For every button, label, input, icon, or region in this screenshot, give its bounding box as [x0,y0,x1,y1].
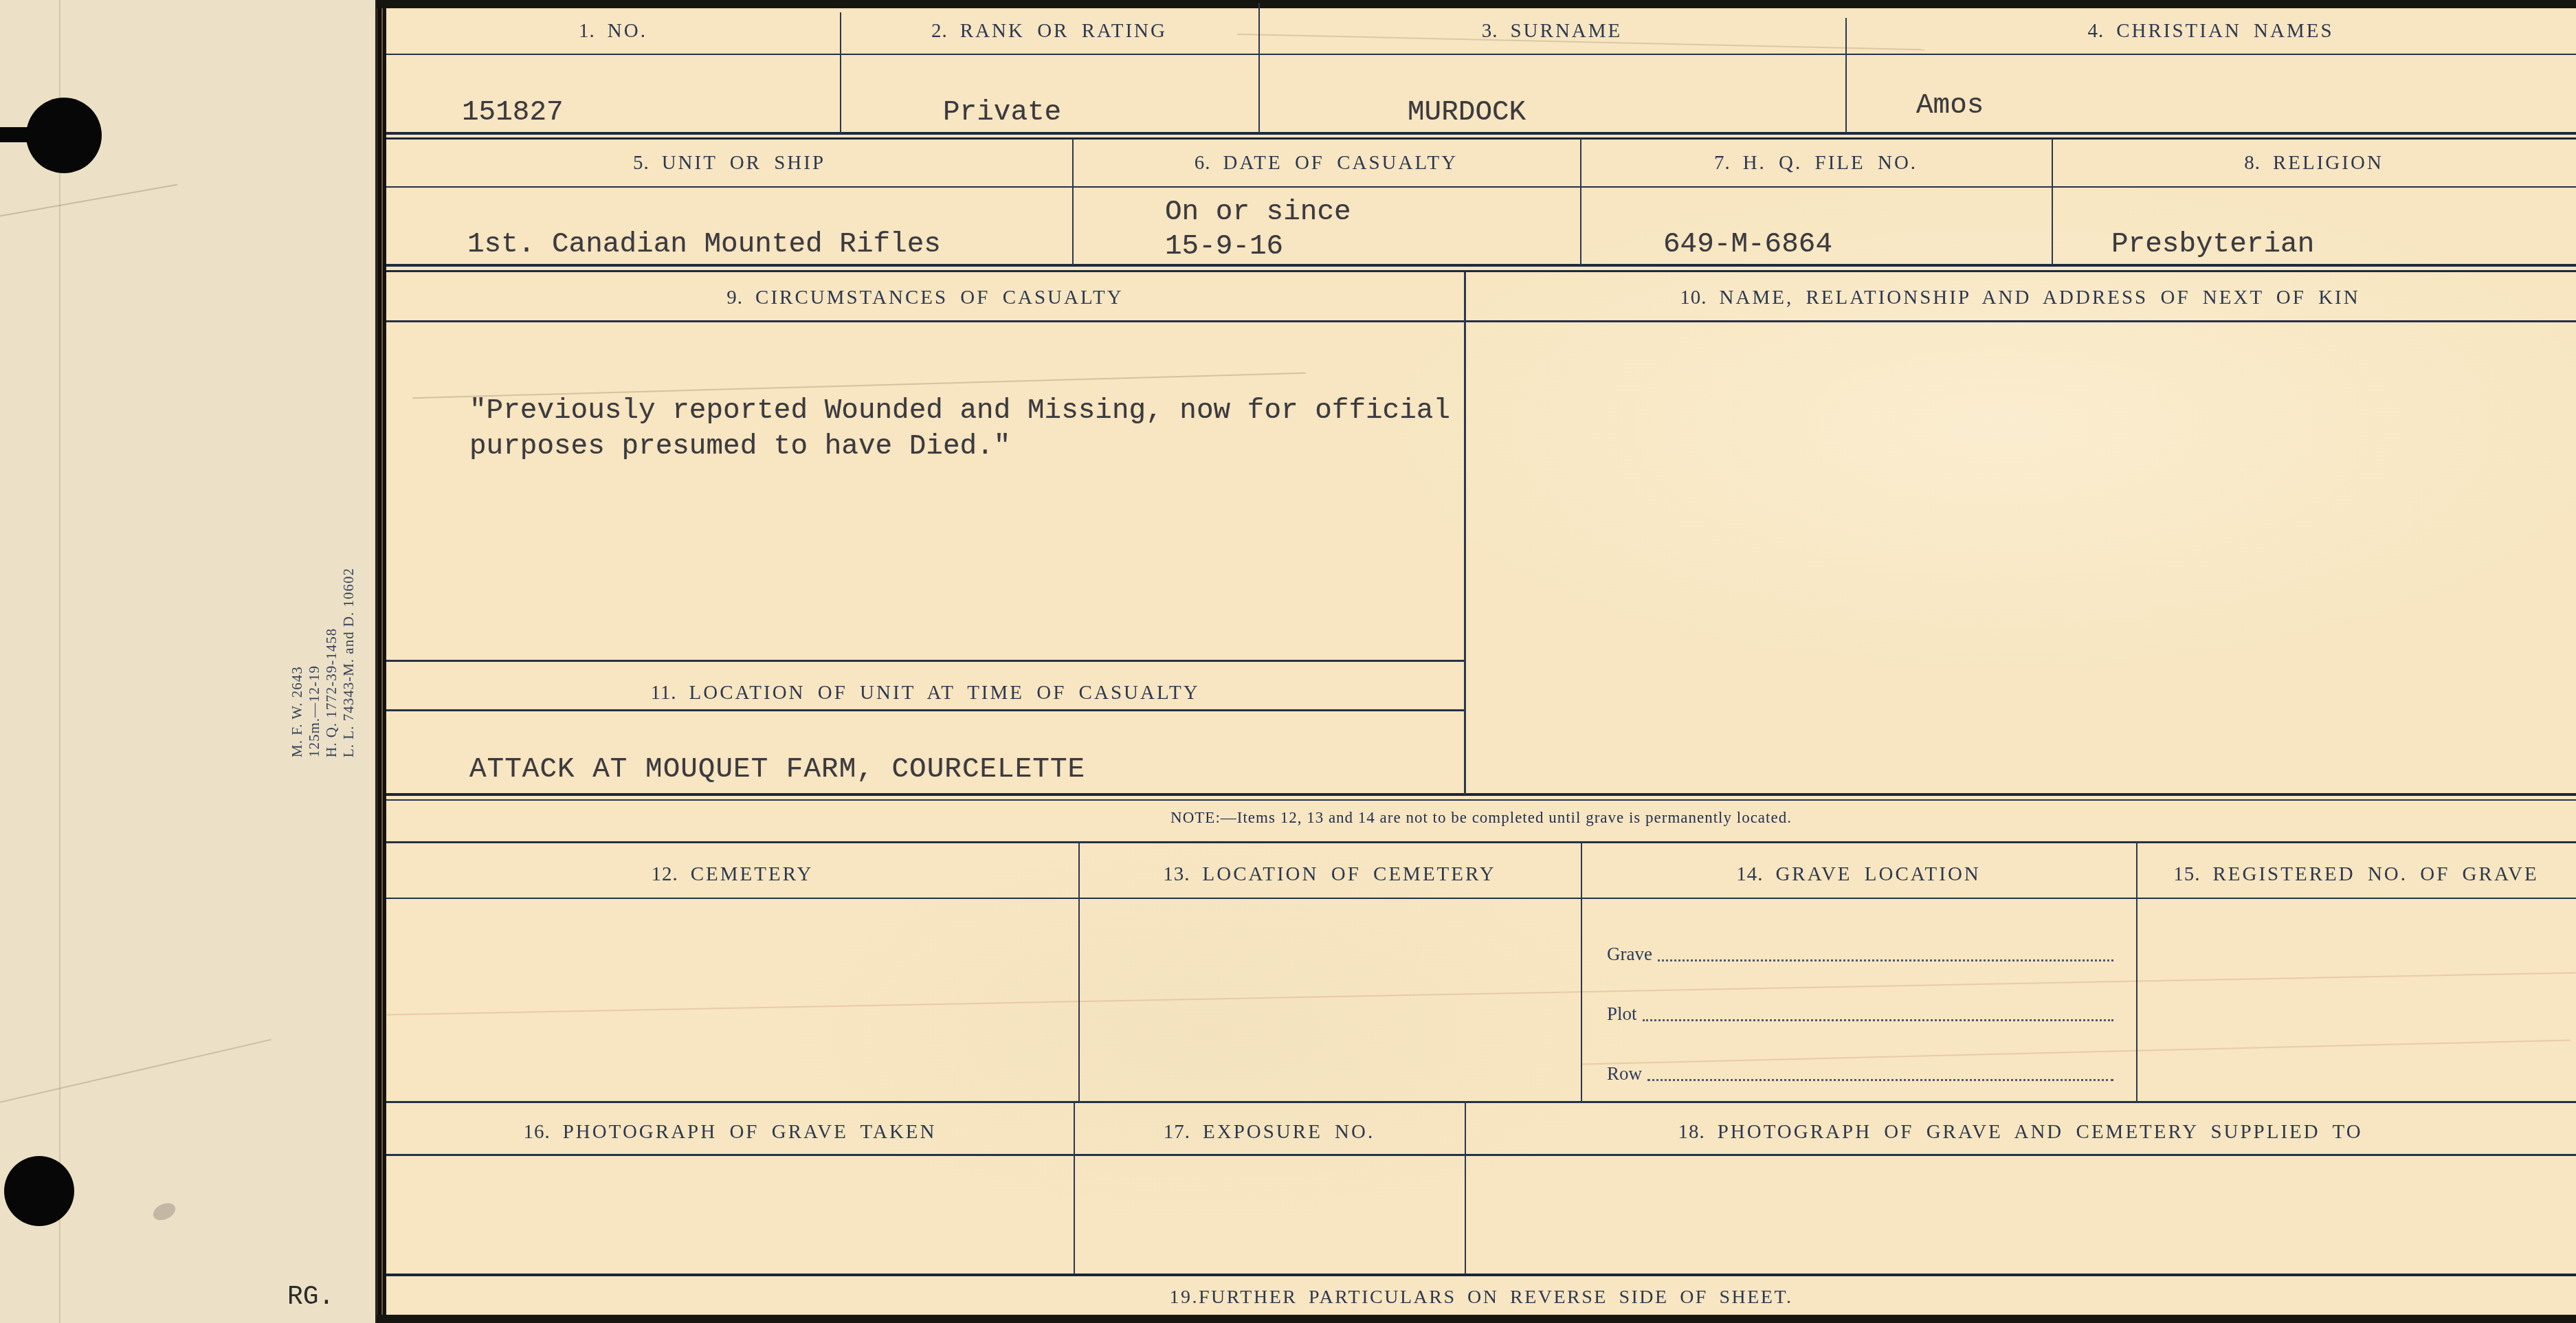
field-christian-header: 4.CHRISTIAN NAMES [1845,21,2576,41]
field-rank-header: 2.RANK OR RATING [840,21,1258,41]
field-unit-number: 5. [633,152,649,174]
rule [386,132,2576,135]
field-no-value: 151827 [462,96,564,130]
field-surname-number: 3. [1482,20,1498,42]
field-no-header: 1.NO. [386,21,840,41]
rule [386,1154,2576,1156]
field-date-header: 6.DATE OF CASUALTY [1072,153,1580,173]
casualty-record-sheet: 1.NO. 2.RANK OR RATING 3.SURNAME 4.CHRIS… [0,0,2576,1323]
field-circumstances-label: CIRCUMSTANCES OF CASUALTY [755,287,1124,309]
field-date-value: On or since 15-9-16 [1165,195,1351,264]
field-location-value: ATTACK AT MOUQUET FARM, COURCELETTE [469,753,1085,787]
field-location-header: 11.LOCATION OF UNIT AT TIME OF CASUALTY [386,683,1464,703]
rg-annotation: RG. [287,1282,334,1312]
field-photo-supplied-header: 18.PHOTOGRAPH OF GRAVE AND CEMETERY SUPP… [1465,1122,2576,1142]
field-next-of-kin-header: 10.NAME, RELATIONSHIP AND ADDRESS OF NEX… [1464,288,2576,308]
field-grave-location-header: 14.GRAVE LOCATION [1581,865,2136,885]
punch-hole-top-tear [0,127,38,142]
note-text: NOTE:—Items 12, 13 and 14 are not to be … [386,810,2576,825]
field-cemetery-location-number: 13. [1163,863,1190,885]
field-photo-taken-header: 16.PHOTOGRAPH OF GRAVE TAKEN [386,1122,1074,1142]
field-religion-number: 8. [2244,152,2261,174]
field-hq-file-label: H. Q. FILE NO. [1743,152,1918,174]
field-surname-value: MURDOCK [1408,96,1526,130]
scan-edge-top [377,0,2576,8]
plot-entry-line: Plot [1607,1000,2113,1023]
scan-edge-bottom [377,1315,2576,1323]
grave-entry-line: Grave [1607,940,2113,964]
row-entry-line: Row [1607,1060,2113,1083]
rule [386,264,2576,267]
field-grave-location-number: 14. [1736,863,1763,885]
field-unit-label: UNIT OR SHIP [662,152,825,174]
field-grave-location-label: GRAVE LOCATION [1775,863,1980,885]
further-particulars-label: FURTHER PARTICULARS ON REVERSE SIDE OF S… [1199,1287,1792,1308]
rule [386,1101,2576,1103]
field-no-number: 1. [579,20,595,42]
dotted-leader [1658,959,2113,961]
field-cemetery-header: 12.CEMETERY [386,865,1078,885]
field-photo-supplied-label: PHOTOGRAPH OF GRAVE AND CEMETERY SUPPLIE… [1718,1121,2363,1143]
card-left-rule [375,0,386,1323]
rule [386,660,1464,662]
field-cemetery-location-label: LOCATION OF CEMETERY [1203,863,1496,885]
further-particulars-line: 19.FURTHER PARTICULARS ON REVERSE SIDE O… [386,1288,2576,1307]
field-cemetery-label: CEMETERY [691,863,814,885]
field-religion-value: Presbyterian [2111,228,2314,262]
field-circumstances-header: 9.CIRCUMSTANCES OF CASUALTY [386,288,1464,308]
field-date-number: 6. [1195,152,1211,174]
form-code-stamp: M. F. W. 2643 125m.—12-19 H. Q. 1772-39-… [289,568,357,757]
rule [386,898,2576,899]
rule [386,793,2576,796]
rule [386,270,2576,272]
field-location-number: 11. [650,682,676,704]
field-christian-value: Amos [1916,89,1984,123]
field-registered-no-label: REGISTERED NO. OF GRAVE [2212,863,2538,885]
form-code-line: 125m.—12-19 [306,568,323,757]
field-circumstances-number: 9. [726,287,743,309]
field-hq-file-header: 7.H. Q. FILE NO. [1580,153,2052,173]
grave-label: Grave [1607,945,1652,964]
field-unit-value: 1st. Canadian Mounted Rifles [467,228,941,262]
field-registered-no-number: 15. [2173,863,2200,885]
field-exposure-number: 17. [1164,1121,1190,1143]
field-next-of-kin-number: 10. [1680,287,1707,309]
field-religion-header: 8.RELIGION [2052,153,2576,173]
further-particulars-number: 19. [1170,1287,1199,1308]
field-no-label: NO. [608,20,647,42]
field-exposure-header: 17.EXPOSURE NO. [1074,1122,1465,1142]
punch-hole-bottom [4,1156,74,1226]
rule [1464,272,1466,794]
form-code-line: L. L. 74343-M. and D. 10602 [340,568,357,757]
rule [386,1274,2576,1276]
field-unit-header: 5.UNIT OR SHIP [386,153,1072,173]
field-rank-label: RANK OR RATING [960,20,1167,42]
rule [386,841,2576,843]
field-hq-file-number: 7. [1714,152,1731,174]
plot-label: Plot [1607,1005,1637,1023]
field-cemetery-number: 12. [652,863,678,885]
field-cemetery-location-header: 13.LOCATION OF CEMETERY [1078,865,1581,885]
field-rank-value: Private [943,96,1061,130]
field-registered-no-header: 15.REGISTERED NO. OF GRAVE [2136,865,2576,885]
field-christian-number: 4. [2087,20,2104,42]
field-circumstances-value: "Previously reported Wounded and Missing… [469,393,1450,465]
field-surname-header: 3.SURNAME [1258,21,1845,41]
rule [386,799,2576,801]
dotted-leader [1647,1079,2113,1081]
field-religion-label: RELIGION [2273,152,2384,174]
dotted-leader [1643,1019,2113,1021]
rule [386,709,1464,711]
field-next-of-kin-label: NAME, RELATIONSHIP AND ADDRESS OF NEXT O… [1720,287,2360,309]
row-label: Row [1607,1065,1642,1083]
rule [386,186,2576,188]
field-location-label: LOCATION OF UNIT AT TIME OF CASUALTY [689,682,1200,704]
field-photo-taken-number: 16. [523,1121,550,1143]
field-exposure-label: EXPOSURE NO. [1203,1121,1375,1143]
field-christian-label: CHRISTIAN NAMES [2116,20,2333,42]
field-surname-label: SURNAME [1510,20,1622,42]
field-date-label: DATE OF CASUALTY [1223,152,1458,174]
field-hq-file-value: 649-M-6864 [1663,228,1832,262]
form-code-line: M. F. W. 2643 [289,568,306,757]
rule [386,54,2576,55]
field-photo-taken-label: PHOTOGRAPH OF GRAVE TAKEN [563,1121,937,1143]
field-photo-supplied-number: 18. [1678,1121,1705,1143]
rule [386,137,2576,140]
field-rank-number: 2. [931,20,948,42]
rule [386,320,2576,322]
form-code-line: H. Q. 1772-39-1458 [323,568,340,757]
